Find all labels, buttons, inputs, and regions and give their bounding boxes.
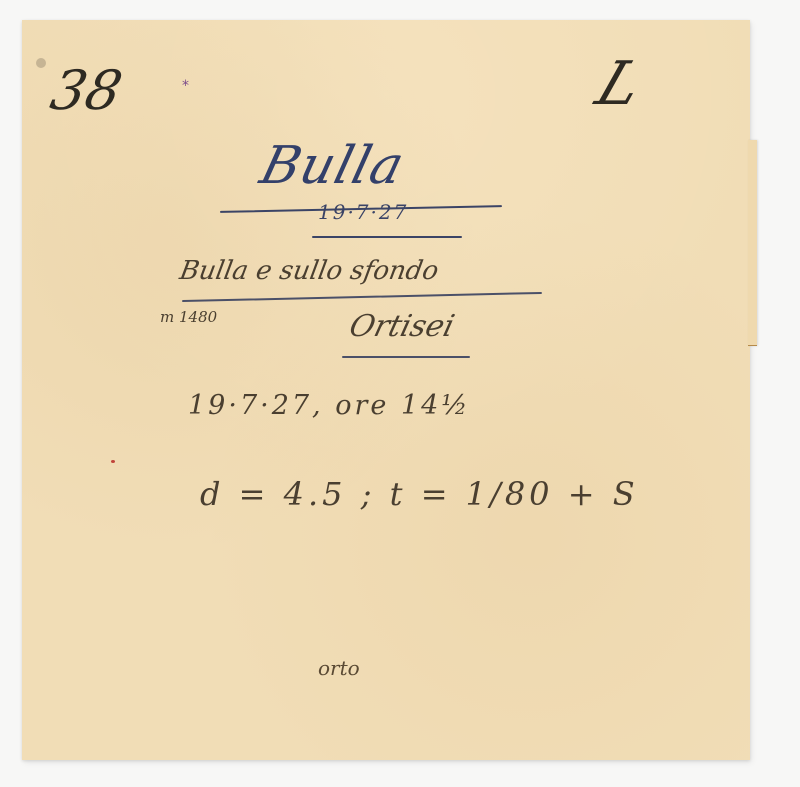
- date-time-note: 19·7·27, ore 14½: [188, 392, 470, 419]
- exposure-settings: d = 4.5 ; t = 1/80 + S: [200, 478, 639, 510]
- stain-mark: [36, 58, 46, 68]
- folded-edge-tab: [748, 140, 757, 346]
- footer-note: orto: [318, 658, 360, 678]
- location-description: Bulla e sullo sfondo: [178, 258, 441, 284]
- red-spot-mark: [111, 460, 115, 463]
- title-heading: Bulla: [256, 140, 410, 192]
- star-icon: *: [182, 78, 189, 94]
- town-underline: [342, 356, 470, 358]
- date-underline: [312, 236, 462, 238]
- altitude-note: m 1480: [160, 310, 217, 325]
- town-name: Ortisei: [346, 312, 457, 342]
- title-date: 19·7·27: [318, 202, 408, 222]
- catalog-number: 38: [46, 64, 126, 118]
